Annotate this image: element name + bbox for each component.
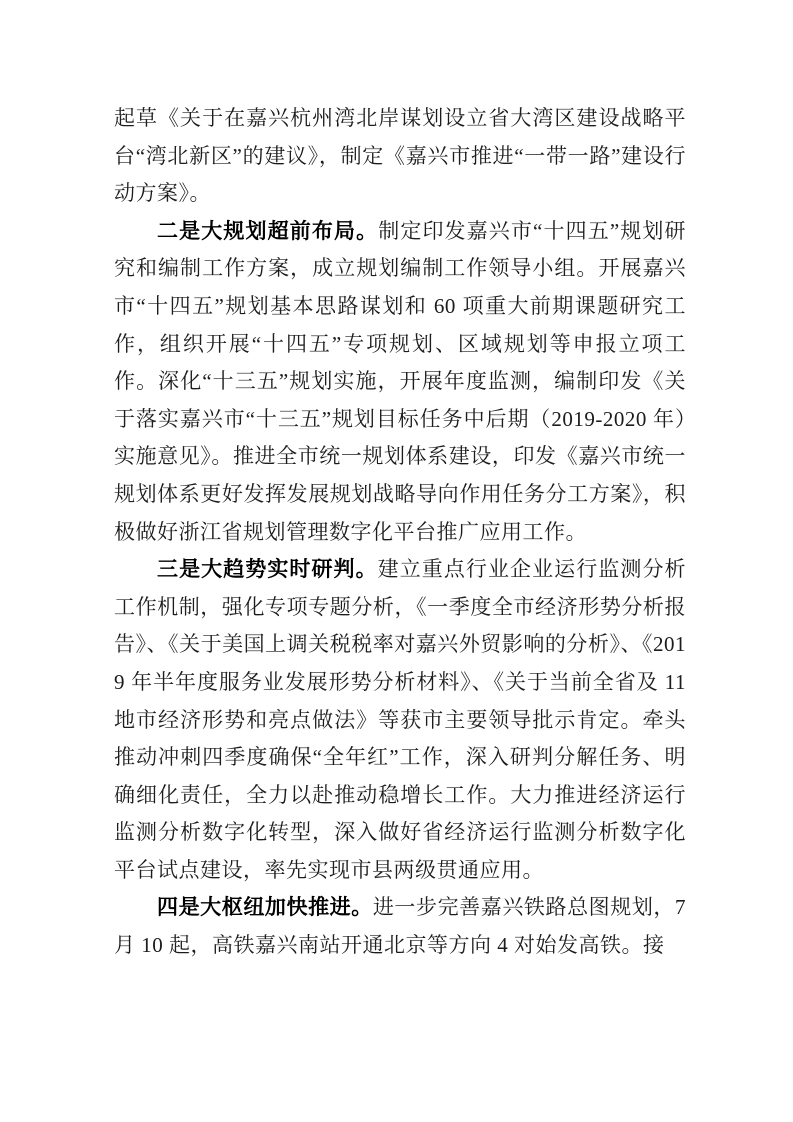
paragraph-section-3: 三是大趋势实时研判。建立重点行业企业运行监测分析工作机制，强化专项专题分析，《一… — [114, 551, 686, 889]
paragraph-section-4: 四是大枢纽加快推进。进一步完善嘉兴铁路总图规划，7 月 10 起，高铁嘉兴南站开… — [114, 889, 686, 964]
paragraph-text: 建立重点行业企业运行监测分析工作机制，强化专项专题分析，《一季度全市经济形势分析… — [114, 557, 686, 882]
paragraph-lead-bold: 二是大规划超前布局。 — [157, 219, 378, 243]
paragraph-section-2: 二是大规划超前布局。制定印发嘉兴市“十四五”规划研究和编制工作方案，成立规划编制… — [114, 213, 686, 551]
paragraph-text: 起草《关于在嘉兴杭州湾北岸谋划设立省大湾区建设战略平台“湾北新区”的建议》，制定… — [114, 106, 686, 205]
paragraph-lead-bold: 三是大趋势实时研判。 — [157, 557, 378, 581]
paragraph-lead-bold: 四是大枢纽加快推进。 — [157, 895, 373, 919]
document-page: 起草《关于在嘉兴杭州湾北岸谋划设立省大湾区建设战略平台“湾北新区”的建议》，制定… — [0, 0, 793, 1122]
paragraph-text: 制定印发嘉兴市“十四五”规划研究和编制工作方案，成立规划编制工作领导小组。开展嘉… — [114, 219, 686, 544]
paragraph-continuation: 起草《关于在嘉兴杭州湾北岸谋划设立省大湾区建设战略平台“湾北新区”的建议》，制定… — [114, 100, 686, 213]
document-body: 起草《关于在嘉兴杭州湾北岸谋划设立省大湾区建设战略平台“湾北新区”的建议》，制定… — [114, 100, 686, 965]
